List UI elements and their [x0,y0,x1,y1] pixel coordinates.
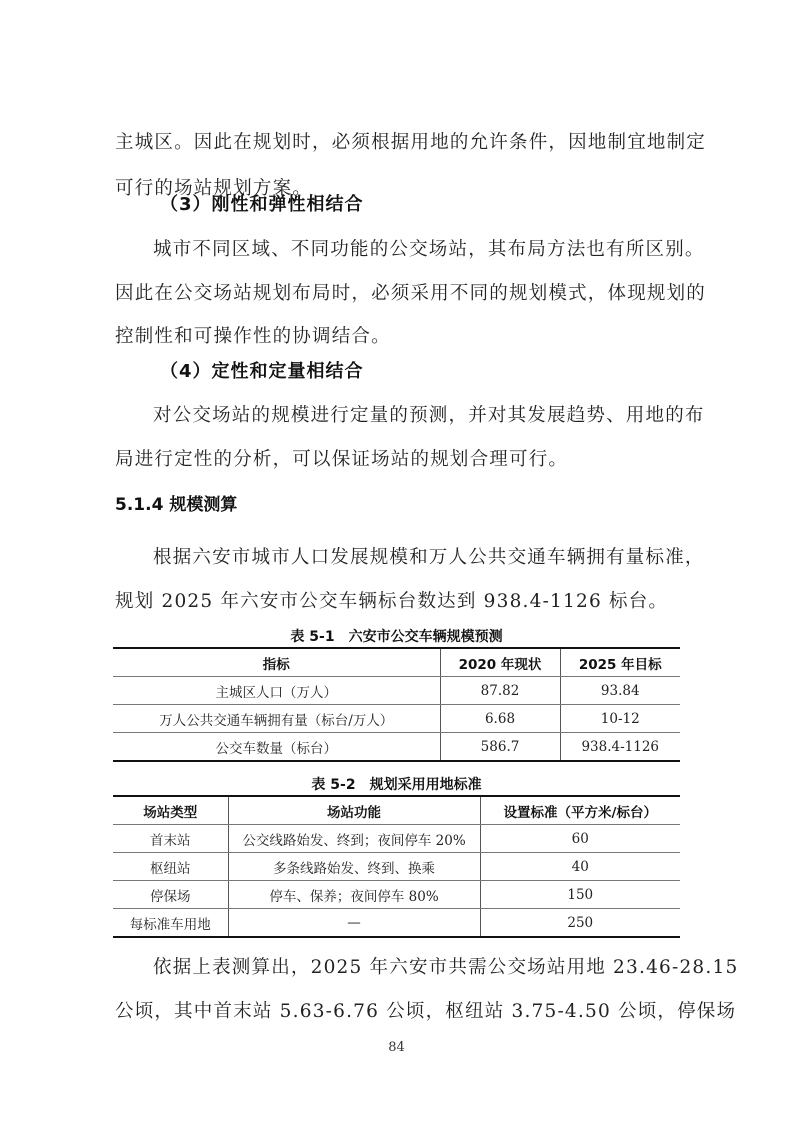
table-cell: 多条线路始发、终到、换乘 [228,853,480,881]
table-header-row: 指标 2020 年现状 2025 年目标 [113,648,680,677]
table1-caption: 表 5-1 六安市公交车辆规模预测 [113,626,680,646]
header-cell: 指标 [113,648,440,677]
paragraph-line: 对公交场站的规模进行定量的预测，并对其发展趋势、用地的布 [153,401,675,427]
paragraph-line: 城市不同区域、不同功能的公交场站，其布局方法也有所区别。 [153,235,675,261]
paragraph-line: 规划 2025 年六安市公交车辆标台数达到 938.4-1126 标台。 [115,587,675,613]
table-cell: 每标准车用地 [113,909,228,938]
table-cell: 主城区人口（万人） [113,677,440,705]
table-cell: 10-12 [560,705,680,733]
paragraph-line: 依据上表测算出，2025 年六安市共需公交场站用地 23.46-28.15 [153,953,675,979]
table-land-standard: 场站类型 场站功能 设置标准（平方米/标台） 首末站 公交线路始发、终到；夜间停… [113,795,680,938]
table-row: 公交车数量（标台） 586.7 938.4-1126 [113,733,680,762]
table-cell: 150 [480,881,680,909]
table-cell: 万人公共交通车辆拥有量（标台/万人） [113,705,440,733]
paragraph-line: 主城区。因此在规划时，必须根据用地的允许条件，因地制宜地制定 [115,128,675,154]
subheading-4: （4）定性和定量相结合 [160,357,364,383]
header-cell: 2020 年现状 [440,648,560,677]
table-cell: — [228,909,480,938]
table-cell: 枢纽站 [113,853,228,881]
table2-caption: 表 5-2 规划采用用地标准 [113,774,680,794]
table-row: 主城区人口（万人） 87.82 93.84 [113,677,680,705]
table-row: 停保场 停车、保养；夜间停车 80% 150 [113,881,680,909]
header-cell: 设置标准（平方米/标台） [480,796,680,825]
paragraph-line: 控制性和可操作性的协调结合。 [115,322,675,348]
header-cell: 场站类型 [113,796,228,825]
table-cell: 首末站 [113,825,228,853]
table-cell: 250 [480,909,680,938]
paragraph-line: 根据六安市城市人口发展规模和万人公共交通车辆拥有量标准， [153,543,675,569]
document-page: 主城区。因此在规划时，必须根据用地的允许条件，因地制宜地制定 可行的场站规划方案… [0,0,793,1122]
header-cell: 场站功能 [228,796,480,825]
table-cell: 停保场 [113,881,228,909]
paragraph-line: 公顷，其中首末站 5.63-6.76 公顷，枢纽站 3.75-4.50 公顷，停… [115,997,675,1023]
table-cell: 938.4-1126 [560,733,680,762]
table-cell: 87.82 [440,677,560,705]
table-cell: 586.7 [440,733,560,762]
table-row: 万人公共交通车辆拥有量（标台/万人） 6.68 10-12 [113,705,680,733]
table-cell: 停车、保养；夜间停车 80% [228,881,480,909]
subheading-3: （3）刚性和弹性相结合 [160,190,364,216]
page-number: 84 [0,1040,793,1055]
table-cell: 93.84 [560,677,680,705]
paragraph-line: 因此在公交场站规划布局时，必须采用不同的规划模式，体现规划的 [115,279,675,305]
table-cell: 40 [480,853,680,881]
header-cell: 2025 年目标 [560,648,680,677]
table-row: 枢纽站 多条线路始发、终到、换乘 40 [113,853,680,881]
table-cell: 公交线路始发、终到；夜间停车 20% [228,825,480,853]
table-header-row: 场站类型 场站功能 设置标准（平方米/标台） [113,796,680,825]
table-row: 首末站 公交线路始发、终到；夜间停车 20% 60 [113,825,680,853]
table-cell: 60 [480,825,680,853]
section-heading: 5.1.4 规模测算 [115,490,237,515]
table-cell: 公交车数量（标台） [113,733,440,762]
table-row: 每标准车用地 — 250 [113,909,680,938]
paragraph-line: 局进行定性的分析，可以保证场站的规划合理可行。 [115,445,675,471]
table-cell: 6.68 [440,705,560,733]
table-vehicle-forecast: 指标 2020 年现状 2025 年目标 主城区人口（万人） 87.82 93.… [113,647,680,762]
